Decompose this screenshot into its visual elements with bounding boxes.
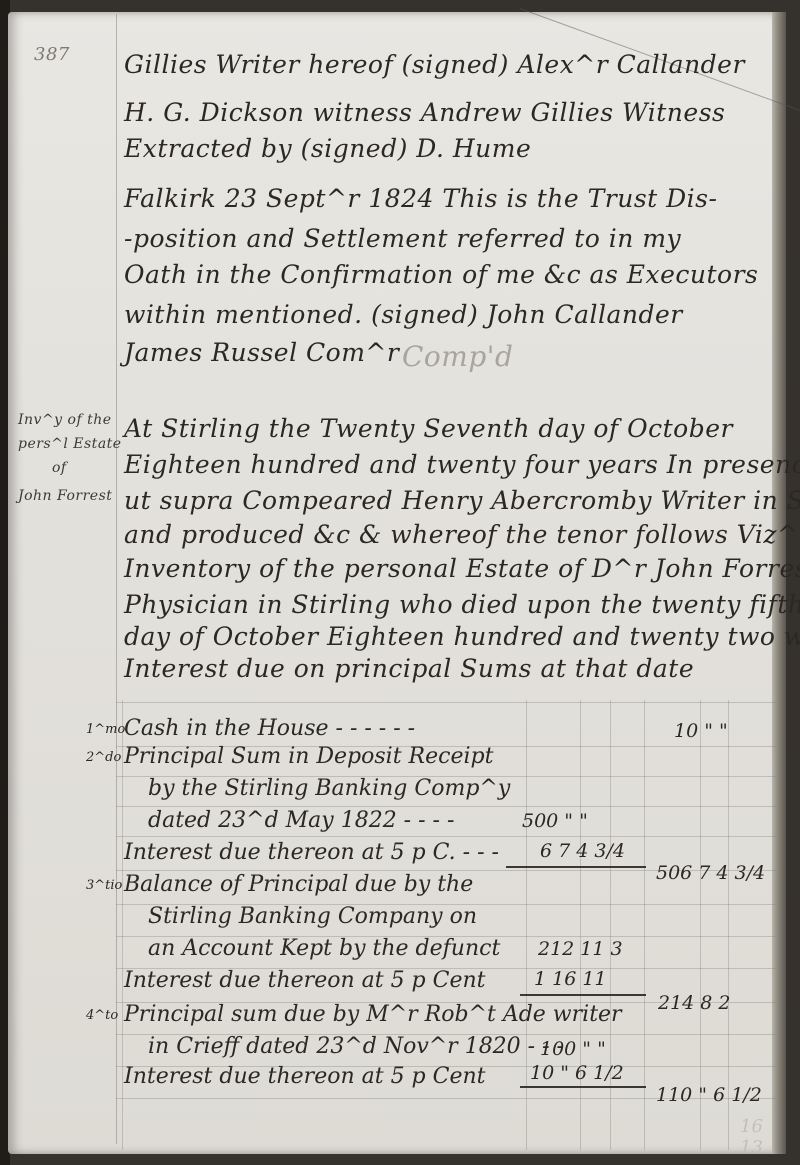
text-line: Physician in Stirling who died upon the … <box>124 590 800 619</box>
subtotal-rule <box>520 994 646 996</box>
entry-number: 2^do <box>86 750 121 765</box>
sub-amount: 10 " 6 1/2 <box>530 1062 624 1084</box>
text-line: day of October Eighteen hundred and twen… <box>124 622 800 651</box>
entry-text: Cash in the House - - - - - - <box>124 716 415 741</box>
ledger-rule <box>116 806 776 807</box>
ledger-column-rule <box>728 700 729 1150</box>
text-line: -position and Settlement referred to in … <box>124 224 681 253</box>
entry-total: 506 7 4 3/4 <box>656 862 765 884</box>
entry-text: Principal sum due by M^r Rob^t Ade write… <box>124 1002 622 1027</box>
text-line: H. G. Dickson witness Andrew Gillies Wit… <box>124 98 725 127</box>
sub-amount: 212 11 3 <box>538 938 623 960</box>
text-line: Falkirk 23 Sept^r 1824 This is the Trust… <box>124 184 717 213</box>
text-line: Oath in the Confirmation of me &c as Exe… <box>124 260 758 289</box>
ledger-column-rule <box>644 700 645 1150</box>
text-line: ut supra Compeared Henry Abercromby Writ… <box>124 486 800 515</box>
ledger-rule <box>116 702 776 703</box>
subtotal-rule <box>506 866 646 868</box>
comparison-stamp: Comp'd <box>402 340 513 373</box>
margin-note-line: pers^l Estate <box>18 436 122 452</box>
text-line: Interest due on principal Sums at that d… <box>124 654 694 683</box>
ledger-column-rule <box>700 700 701 1150</box>
entry-text: Interest due thereon at 5 p C. - - - <box>124 840 499 865</box>
entry-text: by the Stirling Banking Comp^y <box>148 776 510 801</box>
text-line: At Stirling the Twenty Seventh day of Oc… <box>124 414 733 443</box>
ledger-column-rule <box>526 700 527 1150</box>
text-line: and produced &c & whereof the tenor foll… <box>124 520 800 549</box>
text-line: Gillies Writer hereof (signed) Alex^r Ca… <box>124 50 745 79</box>
entry-total: 10 " " <box>674 720 728 742</box>
inventory-ledger: 1^mo Cash in the House - - - - - - 10 " … <box>86 700 776 1150</box>
entry-text: in Crieff dated 23^d Nov^r 1820 - - - <box>148 1034 564 1059</box>
entry-text: Interest due thereon at 5 p Cent <box>124 968 486 993</box>
entry-text: dated 23^d May 1822 - - - - <box>148 808 454 833</box>
subtotal-rule <box>520 1086 646 1088</box>
entry-total: 110 " 6 1/2 <box>656 1084 762 1106</box>
entry-text: Stirling Banking Company on <box>148 904 477 929</box>
margin-note-line: Inv^y of the <box>18 412 112 428</box>
text-line: Inventory of the personal Estate of D^r … <box>124 554 800 583</box>
text-line: Extracted by (signed) D. Hume <box>124 134 531 163</box>
entry-number: 1^mo <box>86 722 125 737</box>
margin-note-line: of <box>52 460 67 476</box>
sub-amount: 6 7 4 3/4 <box>540 840 625 862</box>
text-line: Eighteen hundred and twenty four years I… <box>124 450 800 479</box>
ledger-column-rule <box>122 700 123 1150</box>
sub-amount: 500 " " <box>522 810 588 832</box>
entry-text: Principal Sum in Deposit Receipt <box>124 744 493 769</box>
sub-amount: 100 " " <box>540 1038 606 1060</box>
sub-amount: 1 16 11 <box>534 968 607 990</box>
text-line: within mentioned. (signed) John Callande… <box>124 300 683 329</box>
entry-text: Interest due thereon at 5 p Cent <box>124 1064 486 1089</box>
ledger-rule <box>116 836 776 837</box>
faint-footer-number: 16 13 <box>740 1116 776 1158</box>
entry-text: an Account Kept by the defunct <box>148 936 500 961</box>
entry-text: Balance of Principal due by the <box>124 872 473 897</box>
entry-total: 214 8 2 <box>658 992 731 1014</box>
margin-note-line: John Forrest <box>18 488 112 504</box>
page-number: 387 <box>34 44 70 65</box>
entry-number: 4^to <box>86 1008 118 1023</box>
text-line: James Russel Com^r <box>124 338 399 367</box>
entry-number: 3^tio <box>86 878 122 893</box>
